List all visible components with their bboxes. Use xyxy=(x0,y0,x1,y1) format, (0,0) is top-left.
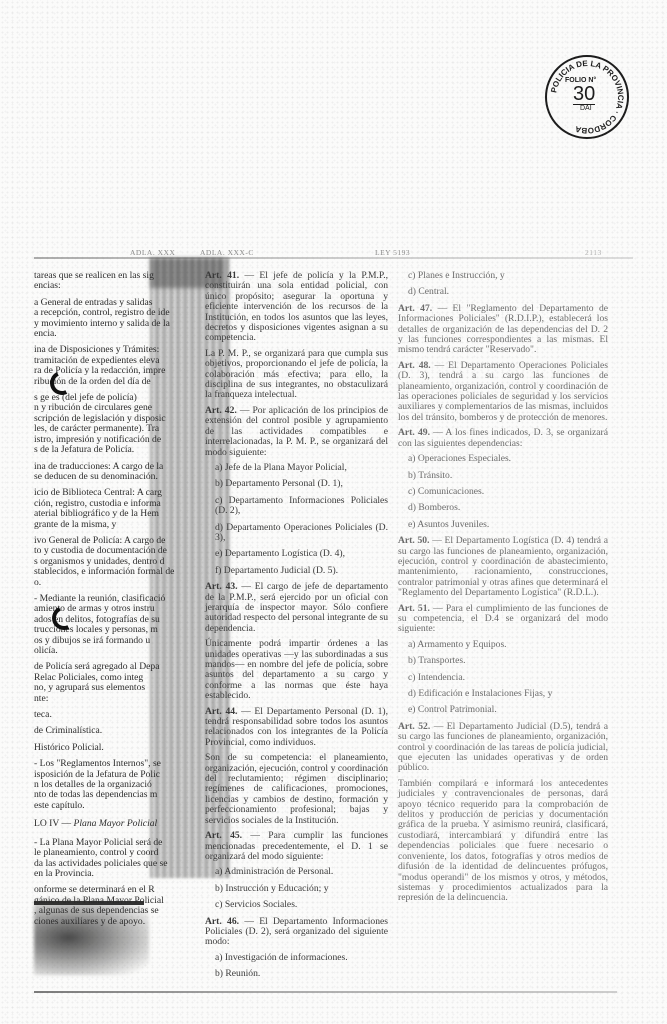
text-line: ina de traducciones: A cargo de la xyxy=(34,462,214,472)
article-45-item: c) Servicios Sociales. xyxy=(205,900,388,910)
running-head-left: ADLA. XXX xyxy=(130,248,175,257)
article-46-item: a) Investigación de informaciones. xyxy=(205,953,388,963)
article-49-item: c) Comunicaciones. xyxy=(398,487,608,497)
left-paragraph: - Los "Reglamentos Internos", seisposici… xyxy=(34,759,214,811)
article-42-item: a) Jefe de la Plana Mayor Policial, xyxy=(205,463,388,473)
left-paragraph: Histórico Policial. xyxy=(34,743,214,753)
text-line: - Los "Reglamentos Internos", se xyxy=(34,759,214,769)
folio-number: 30 xyxy=(573,84,595,105)
article-46: Art. 46. — El Departamento Informaciones… xyxy=(205,917,388,948)
chapter-heading: LO IV — Plana Mayor Policial xyxy=(34,819,214,829)
text-line: - Mediante la reunión, clasificació xyxy=(34,594,214,604)
text-line: teca. xyxy=(34,710,214,720)
text-line: les, de carácter permanente). Tra xyxy=(34,424,214,434)
text-line: o. xyxy=(34,578,214,588)
left-paragraph: onforme se determinará en el Rgánico de … xyxy=(34,885,214,927)
article-48: Art. 48. — El Departamento Operaciones P… xyxy=(398,361,608,423)
article-45-item: a) Administración de Personal. xyxy=(205,867,388,877)
right-column: c) Planes e Instrucción, y d) Central. A… xyxy=(398,271,608,909)
left-paragraph: tareas que se realicen en las sigencias: xyxy=(34,271,214,292)
text-line: a General de entradas y salidas xyxy=(34,298,214,308)
text-line: de Criminalística. xyxy=(34,726,214,736)
article-42-item: f) Departamento Judicial (D. 5). xyxy=(205,566,388,576)
article-44-paragraph-2: Son de su competencia: el planeamiento, … xyxy=(205,753,388,826)
article-49-item: e) Asuntos Juveniles. xyxy=(398,520,608,530)
text-line: to y custodia de documentación de xyxy=(34,546,214,556)
left-paragraph: ina de traducciones: A cargo de lase ded… xyxy=(34,462,214,483)
text-line: , algunas de sus dependencias se xyxy=(34,906,214,916)
text-line: da las actividades policiales que se xyxy=(34,859,214,869)
article-41: Art. 41. — El jefe de policía y la P.M.P… xyxy=(205,271,388,344)
text-line: grante de la misma, y xyxy=(34,520,214,530)
article-50: Art. 50. — El Departamento Logística (D.… xyxy=(398,536,608,598)
article-51-item: e) Control Patrimonial. xyxy=(398,705,608,715)
article-52-paragraph-2: También compilará e informará los antece… xyxy=(398,779,608,904)
text-line: ciones auxiliares y de apoyo. xyxy=(34,917,214,927)
text-line: olicía. xyxy=(34,646,214,656)
article-41-paragraph-2: La P. M. P., se organizará para que cump… xyxy=(205,349,388,401)
chapter-title: Plana Mayor Policial xyxy=(74,818,158,829)
running-head-law: LEY 5193 xyxy=(375,248,410,257)
text-line: stablecidos, e información formal de xyxy=(34,567,214,577)
text-line: no, y agrupará sus elementos xyxy=(34,683,214,693)
running-header: ADLA. XXX ADLA. XXX-C LEY 5193 2113 xyxy=(0,248,667,262)
text-line: nto de todas las dependencias m xyxy=(34,790,214,800)
text-line: - La Plana Mayor Policial será de xyxy=(34,838,214,848)
article-42: Art. 42. — Por aplicación de los princip… xyxy=(205,406,388,458)
article-49-item: d) Bomberos. xyxy=(398,503,608,513)
middle-column: Art. 41. — El jefe de policía y la P.M.P… xyxy=(205,271,388,986)
text-line: istro, impresión y notificación de xyxy=(34,435,214,445)
article-51-item: b) Transportes. xyxy=(398,656,608,666)
text-line: ción, registro, custodia e informa xyxy=(34,499,214,509)
text-line: n los detalles de la organizació xyxy=(34,780,214,790)
text-line: icio de Biblioteca Central: A carg xyxy=(34,488,214,498)
article-42-item: e) Departamento Logística (D. 4), xyxy=(205,549,388,559)
text-line: Relac Policiales, como integ xyxy=(34,673,214,683)
article-51-item: a) Armamento y Equipos. xyxy=(398,640,608,650)
text-line: se deducen de su denominación. xyxy=(34,472,214,482)
text-line: ina de Disposiciones y Trámites: xyxy=(34,345,214,355)
stamp-department: DAI xyxy=(580,105,592,112)
scan-edge-bottom xyxy=(34,991,617,993)
page-number: 2113 xyxy=(585,248,602,257)
text-line: n y ribución de circulares gene xyxy=(34,403,214,413)
text-line: aterial bibliográfico y de la Hem xyxy=(34,509,214,519)
text-line: gánico de la Plana Mayor Policial xyxy=(34,896,214,906)
text-line: nte: xyxy=(34,694,214,704)
article-51-item: d) Edificación e Instalaciones Fijas, y xyxy=(398,689,608,699)
text-line: isposición de la Jefatura de Polic xyxy=(34,770,214,780)
text-line: y movimiento interno y salida de la xyxy=(34,319,214,329)
left-paragraph: - La Plana Mayor Policial será dele plan… xyxy=(34,838,214,880)
text-line: encias: xyxy=(34,281,214,291)
article-52: Art. 52. — El Departamento Judicial (D.5… xyxy=(398,722,608,774)
text-line: a recepción, control, registro de ide xyxy=(34,308,214,318)
text-line: tramitación de expedientes eleva xyxy=(34,356,214,366)
text-line: s de la Jefatura de Policía. xyxy=(34,445,214,455)
article-42-item: b) Departamento Personal (D. 1), xyxy=(205,479,388,489)
running-head-left-overlap: ADLA. XXX-C xyxy=(200,248,254,257)
article-49-item: a) Operaciones Especiales. xyxy=(398,454,608,464)
article-45: Art. 45. — Para cumplir las funciones me… xyxy=(205,831,388,862)
article-47: Art. 47. — El "Reglamento del Departamen… xyxy=(398,304,608,356)
article-51-item: c) Intendencia. xyxy=(398,673,608,683)
left-paragraph: a General de entradas y salidasa recepci… xyxy=(34,298,214,340)
article-42-item: d) Departamento Operaciones Policiales (… xyxy=(205,523,388,544)
text-line: onforme se determinará en el R xyxy=(34,885,214,895)
chapter-number: LO IV — xyxy=(34,818,74,829)
left-paragraph: icio de Biblioteca Central: A cargción, … xyxy=(34,488,214,530)
article-51: Art. 51. — Para el cumplimiento de las f… xyxy=(398,604,608,635)
text-line: os y dibujos se irá formando u xyxy=(34,636,214,646)
text-line: en la Provincia. xyxy=(34,869,214,879)
text-line: ivo General de Policía: A cargo de xyxy=(34,536,214,546)
article-49: Art. 49. — A los fines indicados, D. 3, … xyxy=(398,428,608,449)
text-line: le planeamiento, control y coord xyxy=(34,848,214,858)
article-42-item: c) Departamento Informaciones Policiales… xyxy=(205,496,388,517)
text-line: s organismos y unidades, dentro d xyxy=(34,557,214,567)
left-paragraph: de Criminalística. xyxy=(34,726,214,736)
text-line: este capítulo. xyxy=(34,801,214,811)
article-43: Art. 43. — El cargo de jefe de departame… xyxy=(205,582,388,634)
article-46-item-continued: d) Central. xyxy=(398,287,608,297)
police-folio-stamp: POLICIA DE LA PROVINCIA · CORDOBA FOLIO … xyxy=(545,55,629,139)
text-line: Histórico Policial. xyxy=(34,743,214,753)
left-paragraph: ivo General de Policía: A cargo deto y c… xyxy=(34,536,214,588)
article-46-item: b) Reunión. xyxy=(205,969,388,979)
article-49-item: b) Tránsito. xyxy=(398,471,608,481)
left-paragraph: teca. xyxy=(34,710,214,720)
article-44: Art. 44. — El Departamento Personal (D. … xyxy=(205,707,388,749)
text-line: encia. xyxy=(34,329,214,339)
left-paragraph: de Policía será agregado al DepaRelac Po… xyxy=(34,662,214,704)
left-paragraph: s ge es (del jefe de policía)n y ribució… xyxy=(34,393,214,455)
article-43-paragraph-2: Únicamente podrá impartir órdenes a las … xyxy=(205,639,388,701)
scanned-page: POLICIA DE LA PROVINCIA · CORDOBA FOLIO … xyxy=(0,0,667,1024)
text-line: tareas que se realicen en las sig xyxy=(34,271,214,281)
text-line: scripción de legislación y disposic xyxy=(34,414,214,424)
article-45-item: b) Instrucción y Educación; y xyxy=(205,884,388,894)
article-46-item-continued: c) Planes e Instrucción, y xyxy=(398,271,608,281)
text-line: de Policía será agregado al Depa xyxy=(34,662,214,672)
